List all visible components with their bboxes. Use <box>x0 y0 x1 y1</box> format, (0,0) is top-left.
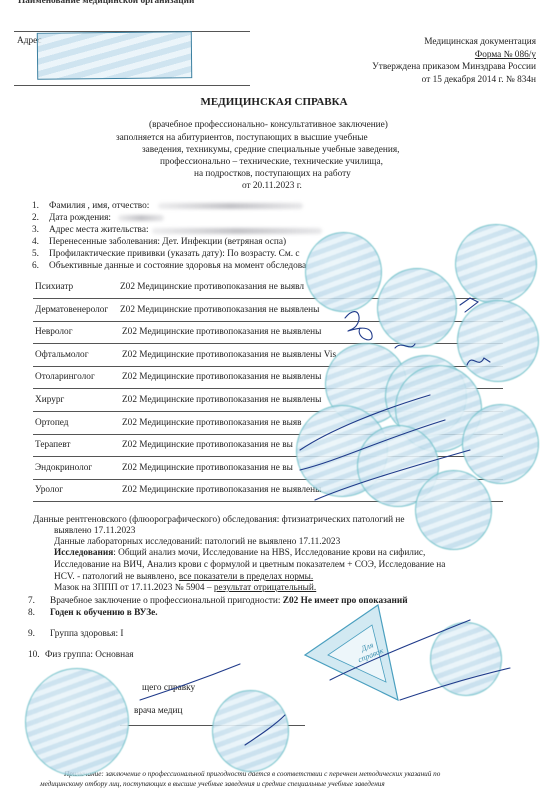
signature-scribbles <box>0 0 548 800</box>
